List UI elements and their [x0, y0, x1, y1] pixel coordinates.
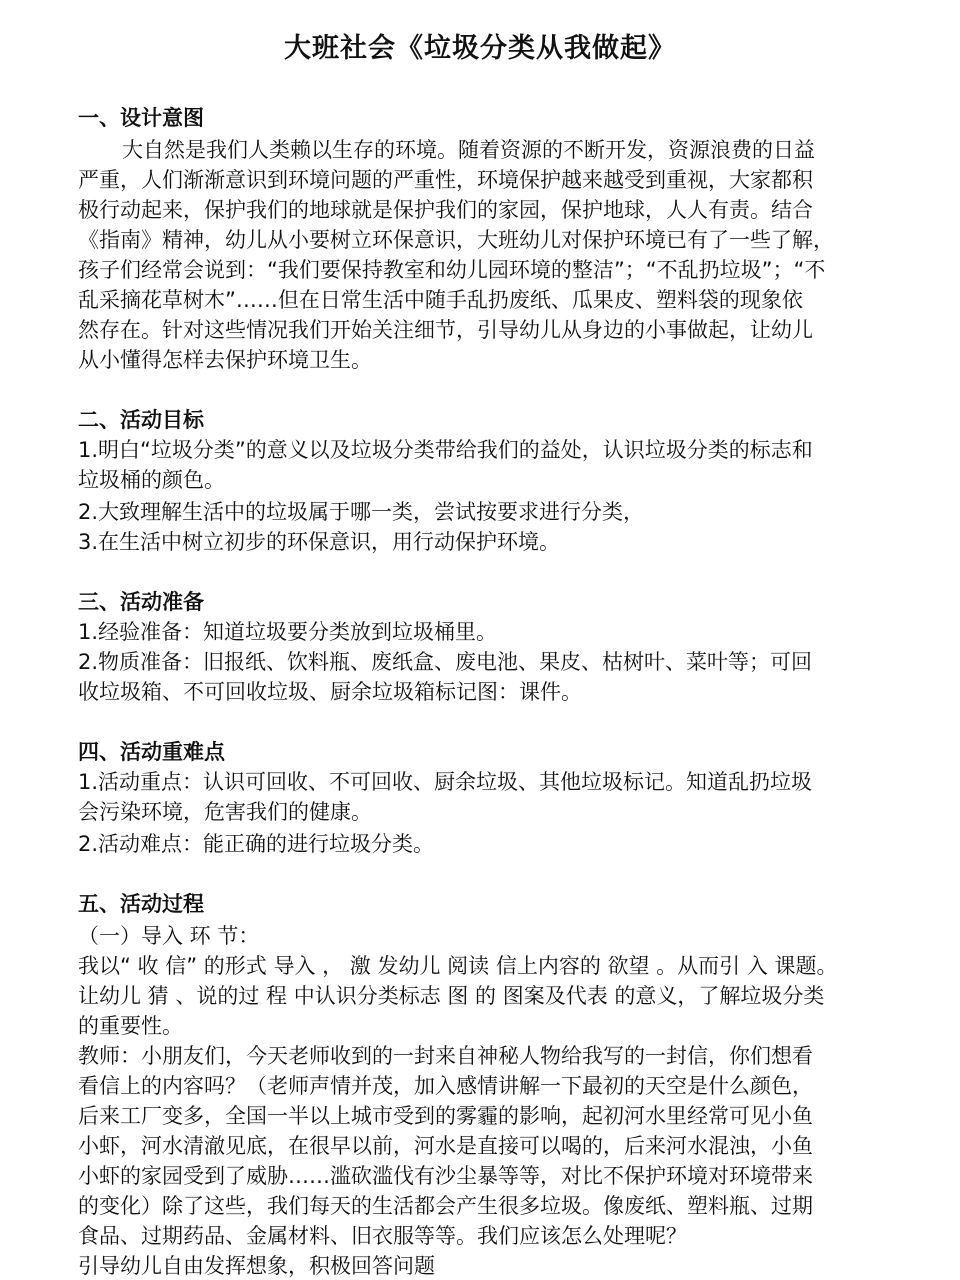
paragraph-line: 后来工厂变多，全国一半以上城市受到的雾霾的影响，起初河水里经常可见小鱼 — [78, 1102, 888, 1130]
section-heading-objectives: 二、活动目标 — [78, 406, 888, 434]
paragraph-line: 2.物质准备：旧报纸、饮料瓶、废纸盒、废电池、果皮、枯树叶、菜叶等；可回 — [78, 648, 888, 676]
paragraph-line: （一）导入 环 节： — [78, 922, 888, 950]
paragraph-line: 的重要性。 — [78, 1012, 888, 1040]
section-heading-process: 五、活动过程 — [78, 890, 888, 918]
paragraph-line: 2.大致理解生活中的垃圾属于哪一类，尝试按要求进行分类， — [78, 498, 888, 526]
paragraph-line: 严重，人们渐渐意识到环境问题的严重性，环境保护越来越受到重视，大家都积 — [78, 166, 888, 194]
paragraph-line: 教师：小朋友们，今天老师收到的一封来自神秘人物给我写的一封信，你们想看 — [78, 1042, 888, 1070]
paragraph-line: 收垃圾箱、不可回收垃圾、厨余垃圾箱标记图：课件。 — [78, 678, 888, 706]
paragraph-line: 引导幼儿自由发挥想象，积极回答问题 — [78, 1252, 888, 1280]
paragraph-line: 1.经验准备：知道垃圾要分类放到垃圾桶里。 — [78, 618, 888, 646]
paragraph-line: 极行动起来，保护我们的地球就是保护我们的家园，保护地球，人人有责。结合 — [78, 196, 888, 224]
paragraph-line: 看信上的内容吗？（老师声情并茂，加入感情讲解一下最初的天空是什么颜色， — [78, 1072, 888, 1100]
section-heading-key-points: 四、活动重难点 — [78, 738, 888, 766]
paragraph-line: 小虾，河水清澈见底，在很早以前，河水是直接可以喝的，后来河水混浊，小鱼 — [78, 1132, 888, 1160]
paragraph-line: 乱采摘花草树木”……但在日常生活中随手乱扔废纸、瓜果皮、塑料袋的现象依 — [78, 286, 888, 314]
paragraph-line: 从小懂得怎样去保护环境卫生。 — [78, 346, 888, 374]
document-title: 大班社会《垃圾分类从我做起》 — [0, 26, 960, 65]
section-heading-preparation: 三、活动准备 — [78, 588, 888, 616]
paragraph-line: 3.在生活中树立初步的环保意识，用行动保护环境。 — [78, 528, 888, 556]
paragraph-line: 1.明白“垃圾分类”的意义以及垃圾分类带给我们的益处，认识垃圾分类的标志和 — [78, 436, 888, 464]
paragraph-line: 我以“ 收 信” 的形式 导入 ， 激 发幼儿 阅读 信上内容的 欲望 。从而引… — [78, 952, 888, 980]
paragraph-line: 小虾的家园受到了威胁……滥砍滥伐有沙尘暴等等，对比不保护环境对环境带来 — [78, 1162, 888, 1190]
paragraph-line: 食品、过期药品、金属材料、旧衣服等等。我们应该怎么处理呢？ — [78, 1222, 888, 1250]
paragraph-line: 2.活动难点：能正确的进行垃圾分类。 — [78, 830, 888, 858]
paragraph-line: 1.活动重点：认识可回收、不可回收、厨余垃圾、其他垃圾标记。知道乱扔垃圾 — [78, 768, 888, 796]
section-heading-design-intent: 一、设计意图 — [78, 104, 888, 132]
paragraph-line: 《指南》精神，幼儿从小要树立环保意识，大班幼儿对保护环境已有了一些了解， — [78, 226, 888, 254]
paragraph-line: 会污染环境，危害我们的健康。 — [78, 798, 888, 826]
paragraph-line: 的变化）除了这些，我们每天的生活都会产生很多垃圾。像废纸、塑料瓶、过期 — [78, 1192, 888, 1220]
paragraph-line: 孩子们经常会说到：“我们要保持教室和幼儿园环境的整洁”；“不乱扔垃圾”；“不 — [78, 256, 888, 284]
paragraph-line: 垃圾桶的颜色。 — [78, 466, 888, 494]
paragraph-line: 然存在。针对这些情况我们开始关注细节，引导幼儿从身边的小事做起，让幼儿 — [78, 316, 888, 344]
paragraph-line: 让幼儿 猜 、说的过 程 中认识分类标志 图 的 图案及代表 的意义，了解垃圾分… — [78, 982, 888, 1010]
paragraph-line: 大自然是我们人类赖以生存的环境。随着资源的不断开发，资源浪费的日益 — [122, 136, 932, 164]
